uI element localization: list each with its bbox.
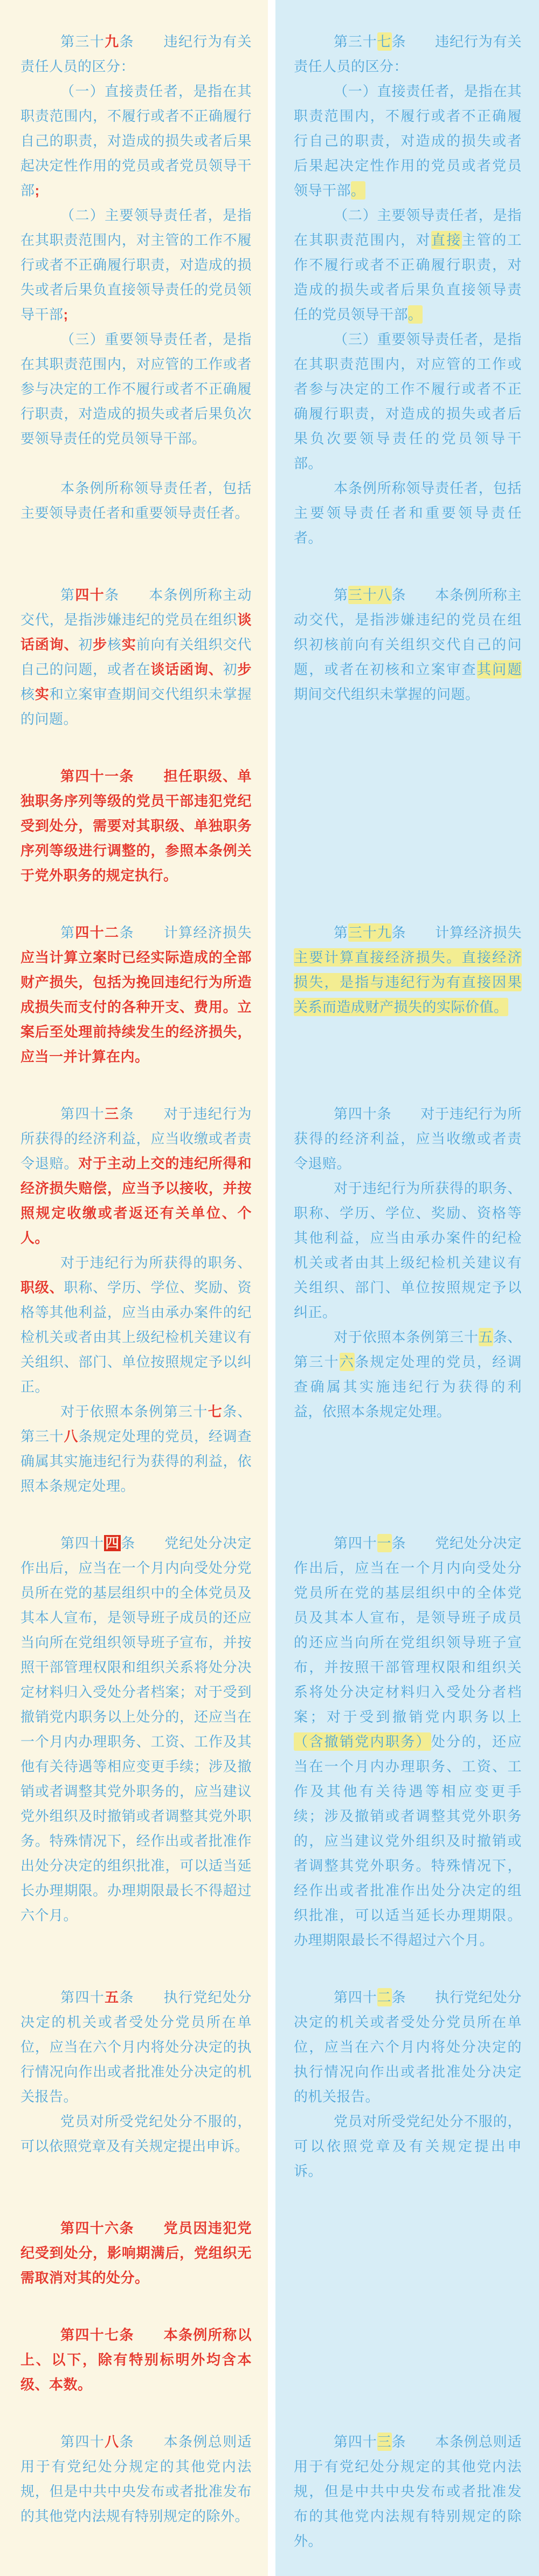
new-version-cell: 第三十九条 违纪行为有关责任人员的区分： xyxy=(0,0,268,79)
new-version-cell: 本条例所称领导责任者，包括主要领导责任者和重要领导责任者。 xyxy=(0,476,268,550)
added-text: 应当计算立案时已经实际造成的全部财产损失，包括为挽回违纪行为所造成损失而支付的各… xyxy=(20,949,252,1065)
column-gutter xyxy=(268,888,275,1069)
highlighted-text: 直接 xyxy=(431,231,462,249)
old-version-cell: 第四十一条 党纪处分决定作出后，应当在一个月内向受处分党员所在党的基层组织中的全… xyxy=(275,1498,539,1952)
highlighted-text: 主要计算直接经济损失。直接经济损失，是指与违纪行为有直接因果关系而造成财产损失的… xyxy=(294,948,522,1016)
added-text: 三 xyxy=(105,1106,119,1122)
text-segment: 第三十 xyxy=(60,33,105,50)
new-version-cell: 第四十七条 本条例所称以上、以下，除有特别标明外均含本级、本数。 xyxy=(0,2290,268,2397)
text-segment: 对于违纪行为所获得的职务、 xyxy=(60,1255,252,1271)
old-version-paragraph: 第三十七条 违纪行为有关责任人员的区分： xyxy=(294,29,522,79)
text-segment: 初 xyxy=(223,661,238,677)
text-segment: 条 xyxy=(105,587,119,603)
old-version-paragraph: 第四十一条 党纪处分决定作出后，应当在一个月内向受处分党员所在党的基层组织中的全… xyxy=(294,1531,522,1952)
column-gutter xyxy=(268,550,275,731)
added-text: 八 xyxy=(105,2434,119,2450)
old-version-cell: 本条例所称领导责任者，包括主要领导责任者和重要领导责任者。 xyxy=(275,476,539,550)
highlighted-text: （含撤销党内职务） xyxy=(294,1732,431,1751)
text-segment: 第 xyxy=(334,587,348,603)
text-segment: 条 xyxy=(392,1535,406,1551)
text-segment: 第四十 xyxy=(60,1989,105,2005)
old-version-cell xyxy=(275,2290,539,2397)
text-segment: 条 xyxy=(120,33,134,50)
column-gutter xyxy=(268,2109,275,2183)
old-version-paragraph: 第四十二条 执行党纪处分决定的机关或者受处分党员所在单位，应当在六个月内将处分决… xyxy=(294,1985,522,2109)
highlighted-text: 七 xyxy=(377,32,392,51)
new-version-cell: 第四十二条 计算经济损失应当计算立案时已经实际造成的全部财产损失，包括为挽回违纪… xyxy=(0,888,268,1069)
old-version-cell: 党员对所受党纪处分不服的，可以依照党章及有关规定提出申诉。 xyxy=(275,2109,539,2183)
new-version-paragraph: 第四十一条 担任职级、单独职务序列等级的党员干部违犯党纪受到处分，需要对其职级、… xyxy=(20,764,252,888)
column-gutter xyxy=(268,1498,275,1952)
added-text: 九 xyxy=(105,33,119,50)
added-text: 步 xyxy=(93,636,107,653)
text-segment: 条 xyxy=(392,924,406,941)
highlighted-text: 一 xyxy=(377,1534,392,1552)
new-version-paragraph: （二）主要领导责任者，是指在其职责范围内，对主管的工作不履行或者不正确履行职责，… xyxy=(20,203,252,327)
old-version-paragraph: 对于依照本条例第三十五条、第三十六条规定处理的党员，经调查确属其实施违纪行为获得… xyxy=(294,1325,522,1424)
old-version-paragraph: 第四十条 对于违纪行为所获得的经济利益，应当收缴或者责令退赔。 xyxy=(294,1101,522,1176)
new-version-paragraph: 对于依照本条例第三十七条、第三十八条规定处理的党员，经调查确属其实施违纪行为获得… xyxy=(20,1399,252,1498)
text-segment: 计算经济损失 xyxy=(406,924,522,941)
old-version-cell: 第四十条 对于违纪行为所获得的经济利益，应当收缴或者责令退赔。对于违纪行为所获得… xyxy=(275,1069,539,1498)
added-text: 职级、 xyxy=(20,1279,64,1296)
text-segment: 违纪行为有关责任人员的区分： xyxy=(294,33,522,74)
column-gutter xyxy=(268,2290,275,2397)
old-version-paragraph: 第四十三条 本条例总则适用于有党纪处分规定的其他党内法规，但是中共中央发布或者批… xyxy=(294,2429,522,2553)
highlighted-text: 。 xyxy=(351,181,365,200)
text-segment: 第 xyxy=(60,587,75,603)
added-text: ; xyxy=(35,182,40,198)
column-gutter xyxy=(268,203,275,327)
added-text: 实 xyxy=(35,686,50,702)
column-gutter xyxy=(268,1069,275,1498)
highlighted-text: 二 xyxy=(377,1988,392,2006)
text-segment: 第四十 xyxy=(334,1535,377,1551)
text-segment: （一）直接责任者，是指在其职责范围内，不履行或者不正确履行自己的职责，对造成的损… xyxy=(20,83,252,198)
new-version-paragraph: 第三十九条 违纪行为有关责任人员的区分： xyxy=(20,29,252,79)
new-version-cell: （一）直接责任者，是指在其职责范围内，不履行或者不正确履行自己的职责，对造成的损… xyxy=(0,79,268,203)
text-segment: 条 xyxy=(120,924,134,941)
text-segment: 职称、学历、学位、奖励、资格等其他利益，应当由承办案件的纪检机关或者由其上级纪检… xyxy=(20,1279,252,1395)
column-gutter xyxy=(268,79,275,203)
old-version-paragraph: （二）主要领导责任者，是指在其职责范围内，对直接主管的工作不履行或者不正确履行职… xyxy=(294,203,522,327)
text-segment: 初 xyxy=(78,636,93,653)
text-segment: 第 xyxy=(334,924,348,941)
text-segment: （一）直接责任者，是指在其职责范围内，不履行或者不正确履行自己的职责，对造成的损… xyxy=(294,83,522,198)
text-segment: 条 xyxy=(121,1535,135,1551)
new-version-cell: （二）主要领导责任者，是指在其职责范围内，对主管的工作不履行或者不正确履行职责，… xyxy=(0,203,268,327)
old-version-cell xyxy=(275,731,539,888)
text-segment: 条 xyxy=(120,1989,134,2005)
column-gutter xyxy=(268,2397,275,2576)
text-segment: 条 xyxy=(392,2434,406,2450)
old-version-paragraph: 第三十八条 本条例所称主动交代，是指涉嫌违纪的党员在组织初核前向有关组织交代自己… xyxy=(294,583,522,707)
text-segment: （三）重要领导责任者，是指在其职责范围内，对应管的工作或者参与决定的工作不履行或… xyxy=(20,331,252,447)
old-version-paragraph: 对于违纪行为所获得的职务、职称、学历、学位、奖励、资格等其他利益，应当由承办案件… xyxy=(294,1176,522,1325)
text-segment: 条 xyxy=(120,2434,134,2450)
added-text: 四十 xyxy=(75,587,105,603)
text-segment: 条 xyxy=(392,587,406,603)
text-segment: 党员对所受党纪处分不服的，可以依照党章及有关规定提出申诉。 xyxy=(294,2113,522,2179)
new-version-paragraph: 党员对所受党纪处分不服的，可以依照党章及有关规定提出申诉。 xyxy=(20,2109,252,2159)
text-segment: 期间交代组织未掌握的问题。 xyxy=(294,686,480,702)
text-segment: 第四十 xyxy=(60,1106,105,1122)
text-segment: 处分的，还应当在一个月内办理职务、工资、工作及其他有关待遇等相应变更手续；涉及撤… xyxy=(294,1734,522,1948)
column-gutter xyxy=(268,476,275,550)
new-version-cell: （三）重要领导责任者，是指在其职责范围内，对应管的工作或者参与决定的工作不履行或… xyxy=(0,327,268,476)
new-version-paragraph: 第四十八条 本条例总则适用于有党纪处分规定的其他党内法规，但是中共中央发布或者批… xyxy=(20,2429,252,2529)
text-segment: 和立案审查期间交代组织未掌握的问题。 xyxy=(20,686,252,727)
text-segment: 核 xyxy=(107,636,122,653)
added-text: 七 xyxy=(208,1403,223,1420)
text-segment: 计算经济损失 xyxy=(134,924,252,941)
old-version-cell: （三）重要领导责任者，是指在其职责范围内，对应管的工作或者参与决定的工作不履行或… xyxy=(275,327,539,476)
text-segment: 本条例所称领导责任者，包括主要领导责任者和重要领导责任者。 xyxy=(20,480,252,521)
added-text: 第四十一条 担任职级、单独职务序列等级的党员干部违犯党纪受到处分，需要对其职级、… xyxy=(20,768,252,883)
highlighted-text: 三 xyxy=(377,2433,392,2451)
new-version-cell: 第四十八条 本条例总则适用于有党纪处分规定的其他党内法规，但是中共中央发布或者批… xyxy=(0,2397,268,2576)
column-gutter xyxy=(268,0,275,79)
added-text: 第四十六条 党员因违犯党纪受到处分，影响期满后，党组织无需取消对其的处分。 xyxy=(20,2220,252,2286)
text-segment: 党纪处分决定作出后，应当在一个月内向受处分党员所在党的基层组织中的全体党员及其本… xyxy=(294,1535,522,1725)
text-segment: 第四十 xyxy=(334,2434,377,2450)
new-version-paragraph: 第四十五条 执行党纪处分决定的机关或者受处分党员所在单位，应当在六个月内将处分决… xyxy=(20,1985,252,2109)
text-segment: 第四十条 对于违纪行为所获得的经济利益，应当收缴或者责令退赔。 xyxy=(294,1106,522,1171)
highlighted-text: 其问题 xyxy=(477,660,522,679)
added-text: 四十二 xyxy=(75,924,119,941)
new-version-paragraph: 第四十七条 本条例所称以上、以下，除有特别标明外均含本级、本数。 xyxy=(20,2322,252,2397)
added-text: 步 xyxy=(237,661,252,677)
text-segment: 本条例总则适用于有党纪处分规定的其他党内法规，但是中共中央发布或者批准发布的其他… xyxy=(20,2434,252,2524)
new-version-cell: 第四十条 本条例所称主动交代，是指涉嫌违纪的党员在组织谈话函询、初步核实前向有关… xyxy=(0,550,268,731)
text-segment: 条 xyxy=(120,1106,134,1122)
new-version-paragraph: 第四十六条 党员因违犯党纪受到处分，影响期满后，党组织无需取消对其的处分。 xyxy=(20,2216,252,2290)
old-version-cell: 第三十八条 本条例所称主动交代，是指涉嫌违纪的党员在组织初核前向有关组织交代自己… xyxy=(275,550,539,731)
highlighted-text: 五 xyxy=(479,1328,493,1346)
text-segment: 执行党纪处分决定的机关或者受处分党员所在单位，应当在六个月内将处分决定的执行情况… xyxy=(294,1989,522,2105)
text-segment: 对于违纪行为所获得的职务、职称、学历、学位、奖励、资格等其他利益，应当由承办案件… xyxy=(294,1180,522,1320)
text-segment: 对于依照本条例第三十 xyxy=(60,1403,208,1420)
old-version-cell: 第四十二条 执行党纪处分决定的机关或者受处分党员所在单位，应当在六个月内将处分决… xyxy=(275,1952,539,2109)
text-segment: 党员对所受党纪处分不服的，可以依照党章及有关规定提出申诉。 xyxy=(20,2113,252,2154)
new-version-cell: 第四十四条 党纪处分决定作出后，应当在一个月内向受处分党员所在党的基层组织中的全… xyxy=(0,1498,268,1952)
added-text: 八 xyxy=(64,1428,79,1444)
old-version-cell: （一）直接责任者，是指在其职责范围内，不履行或者不正确履行自己的职责，对造成的损… xyxy=(275,79,539,203)
added-text: ; xyxy=(64,306,68,323)
new-version-paragraph: 第四十四条 党纪处分决定作出后，应当在一个月内向受处分党员所在党的基层组织中的全… xyxy=(20,1531,252,1928)
text-segment: 条 xyxy=(392,33,406,50)
column-gutter xyxy=(268,1952,275,2109)
text-segment: 第四十 xyxy=(60,2434,105,2450)
new-version-cell: 第四十一条 担任职级、单独职务序列等级的党员干部违犯党纪受到处分，需要对其职级、… xyxy=(0,731,268,888)
document-comparison: 第三十九条 违纪行为有关责任人员的区分：第三十七条 违纪行为有关责任人员的区分：… xyxy=(0,0,539,2576)
replaced-char: 四 xyxy=(104,1535,121,1551)
text-segment: 本条例所称主动交代，是指涉嫌违纪的党员在组织 xyxy=(20,587,252,628)
new-version-paragraph: 第四十三条 对于违纪行为所获得的经济利益，应当收缴或者责令退赔。对于主动上交的违… xyxy=(20,1101,252,1250)
old-version-paragraph: 第三十九条 计算经济损失主要计算直接经济损失。直接经济损失，是指与违纪行为有直接… xyxy=(294,920,522,1019)
text-segment: 第四十 xyxy=(334,1989,377,2005)
text-segment: 第三十 xyxy=(334,33,377,50)
added-text: 实 xyxy=(122,636,136,653)
added-text: 五 xyxy=(105,1989,119,2005)
old-version-cell: 第三十九条 计算经济损失主要计算直接经济损失。直接经济损失，是指与违纪行为有直接… xyxy=(275,888,539,1069)
text-segment: 核 xyxy=(20,686,35,702)
new-version-paragraph: 对于违纪行为所获得的职务、职级、职称、学历、学位、奖励、资格等其他利益，应当由承… xyxy=(20,1250,252,1399)
old-version-cell xyxy=(275,2183,539,2290)
highlighted-text: 三十九 xyxy=(348,923,392,942)
new-version-paragraph: （一）直接责任者，是指在其职责范围内，不履行或者不正确履行自己的职责，对造成的损… xyxy=(20,79,252,203)
text-segment: 执行党纪处分决定的机关或者受处分党员所在单位，应当在六个月内将处分决定的执行情况… xyxy=(20,1989,252,2105)
text-segment: 本条例总则适用于有党纪处分规定的其他党内法规，但是中共中央发布或者批准发布的其他… xyxy=(294,2434,522,2549)
new-version-paragraph: 第四十二条 计算经济损失应当计算立案时已经实际造成的全部财产损失，包括为挽回违纪… xyxy=(20,920,252,1069)
new-version-cell: 第四十六条 党员因违犯党纪受到处分，影响期满后，党组织无需取消对其的处分。 xyxy=(0,2183,268,2290)
highlighted-text: 。 xyxy=(408,305,423,324)
text-segment: （三）重要领导责任者，是指在其职责范围内，对应管的工作或者参与决定的工作不履行或… xyxy=(294,331,522,471)
added-text: 第四十七条 本条例所称以上、以下，除有特别标明外均含本级、本数。 xyxy=(20,2327,252,2393)
old-version-paragraph: （一）直接责任者，是指在其职责范围内，不履行或者不正确履行自己的职责，对造成的损… xyxy=(294,79,522,203)
new-version-cell: 党员对所受党纪处分不服的，可以依照党章及有关规定提出申诉。 xyxy=(0,2109,268,2183)
new-version-cell: 第四十三条 对于违纪行为所获得的经济利益，应当收缴或者责令退赔。对于主动上交的违… xyxy=(0,1069,268,1498)
column-gutter xyxy=(268,731,275,888)
new-version-paragraph: 本条例所称领导责任者，包括主要领导责任者和重要领导责任者。 xyxy=(20,476,252,525)
highlighted-text: 六 xyxy=(340,1353,355,1371)
text-segment: 本条例所称领导责任者，包括主要领导责任者和重要领导责任者。 xyxy=(294,480,522,546)
added-text: 谈话函询、 xyxy=(150,661,223,677)
old-version-paragraph: 党员对所受党纪处分不服的，可以依照党章及有关规定提出申诉。 xyxy=(294,2109,522,2183)
old-version-paragraph: 本条例所称领导责任者，包括主要领导责任者和重要领导责任者。 xyxy=(294,476,522,550)
new-version-paragraph: （三）重要领导责任者，是指在其职责范围内，对应管的工作或者参与决定的工作不履行或… xyxy=(20,327,252,451)
text-segment: 违纪行为有关责任人员的区分： xyxy=(20,33,252,74)
highlighted-text: 三十八 xyxy=(348,586,392,604)
text-segment: 条 xyxy=(392,1989,406,2005)
new-version-cell: 第四十五条 执行党纪处分决定的机关或者受处分党员所在单位，应当在六个月内将处分决… xyxy=(0,1952,268,2109)
old-version-cell: 第三十七条 违纪行为有关责任人员的区分： xyxy=(275,0,539,79)
old-version-cell: （二）主要领导责任者，是指在其职责范围内，对直接主管的工作不履行或者不正确履行职… xyxy=(275,203,539,327)
column-gutter xyxy=(268,327,275,476)
text-segment: （二）主要领导责任者，是指在其职责范围内，对主管的工作不履行或者不正确履行职责，… xyxy=(20,207,252,323)
text-segment: 对于依照本条例第三十 xyxy=(334,1329,479,1345)
new-version-paragraph: 第四十条 本条例所称主动交代，是指涉嫌违纪的党员在组织谈话函询、初步核实前向有关… xyxy=(20,583,252,731)
text-segment: 第四十 xyxy=(60,1535,104,1551)
old-version-cell: 第四十三条 本条例总则适用于有党纪处分规定的其他党内法规，但是中共中央发布或者批… xyxy=(275,2397,539,2576)
text-segment: 第 xyxy=(60,924,75,941)
column-gutter xyxy=(268,2183,275,2290)
text-segment: 党纪处分决定作出后，应当在一个月内向受处分党员所在党的基层组织中的全体党员及其本… xyxy=(20,1535,252,1923)
old-version-paragraph: （三）重要领导责任者，是指在其职责范围内，对应管的工作或者参与决定的工作不履行或… xyxy=(294,327,522,476)
